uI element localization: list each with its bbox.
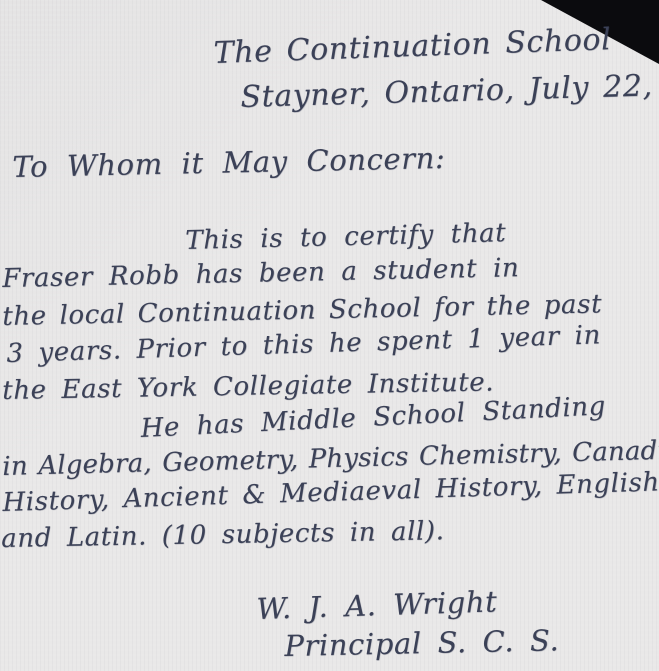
letter-heading-school: The Continuation School [213, 22, 612, 71]
body-paragraph1-line2: Fraser Robb has been a student in [2, 253, 520, 294]
handwritten-letter-page: The Continuation School Stayner, Ontario… [0, 0, 659, 671]
body-paragraph1-line1: This is to certify that [185, 218, 507, 256]
signature-title: Principal S. C. S. [284, 623, 560, 663]
signature-name: W. J. A. Wright [256, 584, 498, 626]
body-paragraph2-line4: and Latin. (10 subjects in all). [1, 516, 445, 554]
letter-heading-place-date: Stayner, Ontario, July 22, 1941 [240, 66, 659, 115]
letter-salutation: To Whom it May Concern: [12, 141, 446, 184]
